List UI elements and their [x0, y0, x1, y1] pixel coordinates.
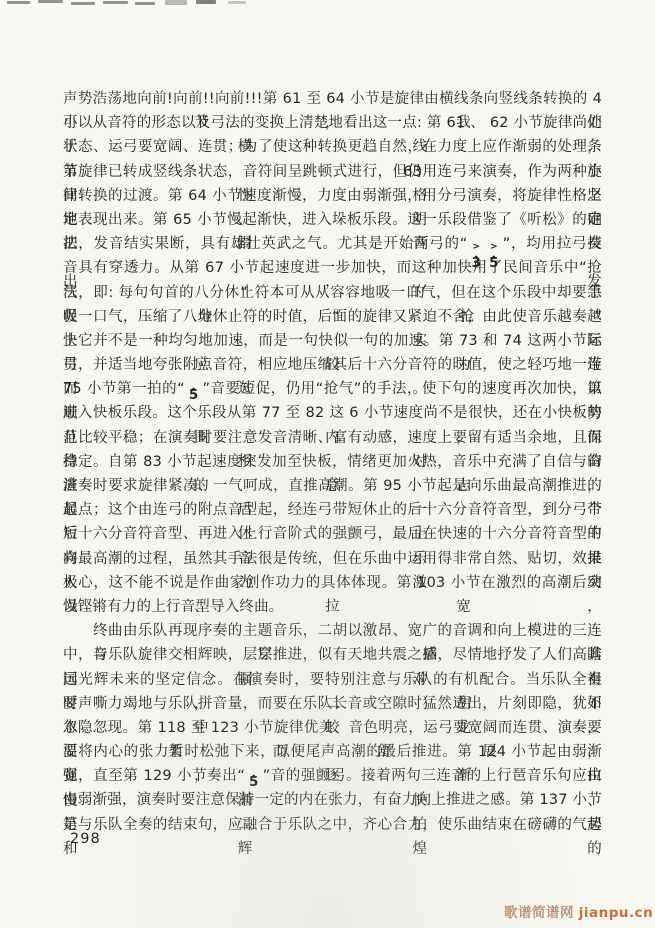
- text-line: 吸一口气，压缩了八分休止符的时值，后面的旋律又紧迫不舍，由此使音乐越奏越快。实际: [63, 305, 602, 329]
- text-line-with-notation: 法，发音结实果断，具有雄壮英武之气。尤其是开始两弓的“>·3>·5”，均用拉弓奏…: [63, 232, 602, 256]
- text-line: 中，与乐队旋律交相辉映，层层推进，似有天地共震之感，尽情地抒发了人们高瞻远瞩对祖: [63, 643, 602, 667]
- artifact-dash: [103, 1, 128, 4]
- note-number: 5: [249, 776, 259, 790]
- text-line-with-notation: 宽，直至第 129 小节奏出“·5”音的强颤弓。接着两句三连音的上行琶音乐句应由…: [63, 764, 602, 788]
- text-line: 要将内心的张力暂时松弛下来，以便尾声高潮的最后推进。第 124 小节起由弱渐强，…: [63, 740, 602, 764]
- text-segment: 75 小节第一拍的“: [63, 381, 185, 397]
- text-line-paragraph-start: 终曲由乐队再现序奏的主题音乐，二胡以激昂、宽广的音调和向上模进的三连音穿插其: [63, 619, 602, 643]
- jianpu-note-5-accented: >·5: [489, 256, 499, 271]
- artifact-dash: [71, 2, 95, 5]
- note-number: 5: [489, 257, 499, 271]
- note-number: 3: [472, 257, 482, 271]
- text-line: 由弱渐强，演奏时要注意保持一定的内在张力，有奋力向上推进之感。第 137 小节第…: [63, 788, 602, 812]
- text-line: 是与乐队全奏的结束句，应融合于乐队之中，齐心合力，使乐曲结束在磅礴的气势和辉煌的: [63, 813, 602, 837]
- jianpu-note-5-high: ·5: [249, 775, 259, 790]
- text-line: 间转换的过渡。第 64 小节速度渐慢，力度由弱渐强，用分弓演奏，将旋律性格坚定、…: [63, 184, 602, 208]
- artifact-dash: [196, 0, 216, 4]
- text-line: 忽隐忽现。第 118 至 123 小节旋律优美、音色明亮，运弓要宽阔而连贯、演奏…: [63, 716, 602, 740]
- scanned-book-page: 声势浩荡地向前!向前!!向前!!!第 61 至 64 小节是旋律由横线条向竖线条…: [0, 0, 655, 928]
- scan-edge-artifacts: [0, 0, 655, 8]
- text-line: 法，即: 每句句首的八分休止符本可从从容容地吸一口气，但在这个乐段中却要急促地“…: [63, 281, 602, 305]
- artifact-dash: [38, 0, 63, 3]
- text-line: 起点；这个由连弓的附点音型起，经连弓带短休止的后十六分音符音型，到分弓带短休止的: [63, 498, 602, 522]
- watermark-site-name: 歌谱简谱网: [504, 905, 574, 921]
- text-line: 后十六分音符音型、再进入上行音阶式的强颤弓，最后在快速的十六分音符音型中将音乐推: [63, 522, 602, 546]
- text-line: 贯，并适当地夸张附点音符，相应地压缩其后十六分音符的时值，使之轻巧地一带而过。第: [63, 353, 602, 377]
- text-line: 人心，这不能不说是作曲家创作功力的具体体现。第 103 小节在激烈的高潮后突慢、…: [63, 571, 602, 595]
- artifact-dash: [7, 1, 30, 4]
- artifact-dash: [228, 1, 246, 4]
- watermark-domain: jianpu.cn: [579, 905, 654, 921]
- text-line: 演奏时要求旋律紧凑、一气呵成，直推高潮。第 95 小节起是向乐曲最高潮推进的最后…: [63, 474, 602, 498]
- text-line: 状态、运弓要宽阔、连贯；为了使这种转换更趋自然，在力度上应作渐弱的处理，第 63…: [63, 135, 602, 159]
- text-line: 且比较平稳；在演奏时要注意发音清晰、富有动感，速度上要留有适当余地，且保持相对的: [63, 426, 602, 450]
- text-line: 要声嘶力竭地与乐队拼音量，而要在乐队长音或空隙时猛然透出，片刻即隐，犹如水中蛟龙…: [63, 692, 602, 716]
- page-number: 298: [70, 831, 101, 847]
- body-text: 声势浩荡地向前!向前!!向前!!!第 61 至 64 小节是旋律由横线条向竖线条…: [63, 87, 602, 837]
- text-line: 节旋律已转成竖线条状态，音符间呈跳顿式进行，但仍用连弓来演奏，作为两种旋律性格之: [63, 160, 602, 184]
- text-line: 音具有穿透力。从第 67 小节起速度进一步加快，而这种加快用了民间音乐中“抢气”…: [63, 256, 602, 280]
- text-segment: 宽，直至第 129 小节奏出“: [63, 768, 245, 784]
- text-line: 进入快板乐段。这个乐段从第 77 至 82 这 6 小节速度尚不是很快，还在小快…: [63, 401, 602, 425]
- text-line: 国光辉未来的坚定信念。在演奏时，要特别注意与乐队的有机配合。当乐队全奏时，二胡不: [63, 668, 602, 692]
- watermark: 歌谱简谱网 jianpu.cn: [504, 901, 653, 921]
- artifact-dash: [165, 0, 187, 5]
- text-line: 向最高潮的过程，虽然其手法很是传统，但在乐曲中运用得非常自然、贴切，效果极为激动: [63, 547, 602, 571]
- jianpu-note-3-accented: >·3: [472, 256, 482, 271]
- artifact-dash: [135, 2, 155, 5]
- text-line: 稳定。自第 83 小节起速度突发加至快板，情绪更加火热，音乐中充满了自信与奋进的…: [63, 450, 602, 474]
- text-line: 地表现出来。第 65 小节慢起渐快，进入垛板乐段。这一乐段借鉴了《听松》的定把滑…: [63, 208, 602, 232]
- note-number: 5: [189, 389, 199, 403]
- text-line-with-notation: 75 小节第一拍的“·5”音要短促，仍用“抢气”的手法，使下句的速度再次加快，以…: [63, 377, 602, 401]
- text-segment: 法，发音结实果断，具有雄壮英武之气。尤其是开始两弓的“: [63, 236, 468, 252]
- jianpu-note-5-high: ·5: [189, 388, 199, 403]
- text-line: 可以从音符的形态以及弓法的变换上清楚地看出这一点: 第 61 、 62 小节旋律…: [63, 111, 602, 135]
- text-line: 声势浩荡地向前!向前!!向前!!!第 61 至 64 小节是旋律由横线条向竖线条…: [63, 87, 602, 111]
- text-line: 上它并不是一种均匀地加速，而是一句快似一句的加速。第 73 和 74 这两小节运…: [63, 329, 602, 353]
